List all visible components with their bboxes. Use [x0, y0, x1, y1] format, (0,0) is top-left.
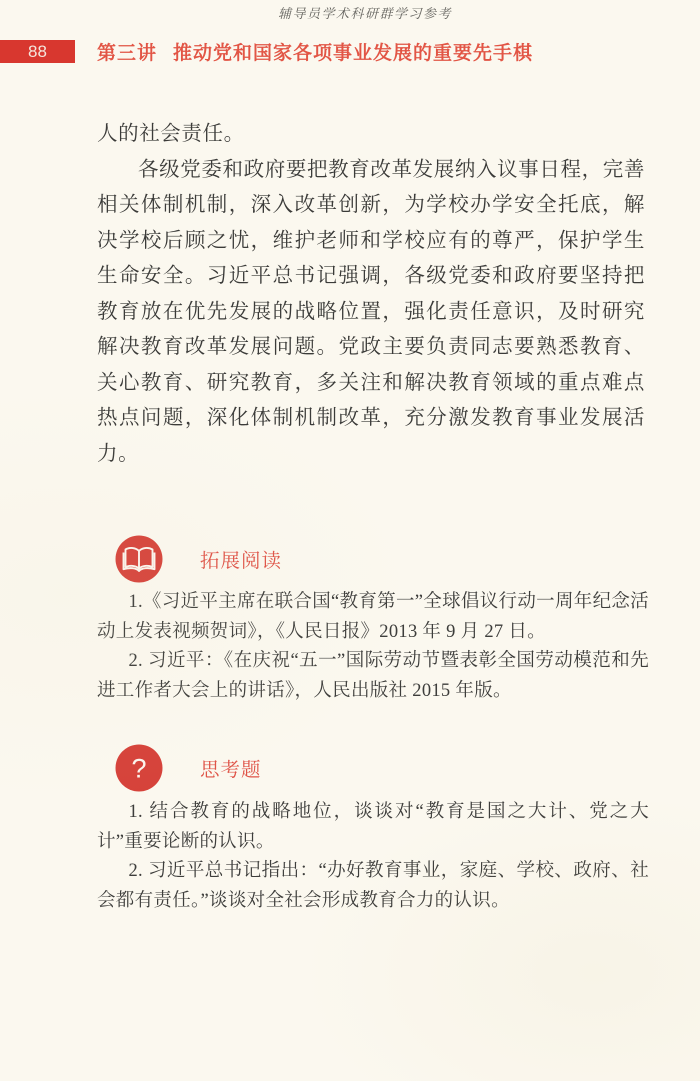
question-mark-icon: ? [115, 744, 163, 792]
question-item: 2. 习近平总书记指出：“办好教育事业，家庭、学校、政府、社会都有责任。”谈谈对… [97, 857, 649, 916]
chapter-title: 推动党和国家各项事业发展的重要先手棋 [173, 38, 533, 65]
extended-reading-label: 拓展阅读 [200, 545, 282, 573]
chapter-label: 第三讲 [97, 38, 157, 65]
paragraph-main: 各级党委和政府要把教育改革发展纳入议事日程，完善相关体制机制，深入改革创新，为学… [97, 153, 645, 473]
watermark-text: 辅导员学术科研群学习参考 [0, 3, 700, 22]
reading-item: 1.《习近平主席在联合国“教育第一”全球倡议行动一周年纪念活动上发表视频贺词》，… [97, 588, 649, 647]
page-number: 88 [28, 43, 47, 60]
paragraph-continuation: 人的社会责任。 [97, 117, 645, 153]
question-item: 1. 结合教育的战略地位，谈谈对“教育是国之大计、党之大计”重要论断的认识。 [97, 798, 649, 857]
extended-reading-list: 1.《习近平主席在联合国“教育第一”全球倡议行动一周年纪念活动上发表视频贺词》，… [97, 588, 649, 706]
page-number-badge: 88 [0, 40, 75, 63]
open-book-icon [115, 535, 163, 583]
questions-list: 1. 结合教育的战略地位，谈谈对“教育是国之大计、党之大计”重要论断的认识。 2… [97, 798, 649, 916]
questions-header: ? 思考题 [115, 744, 262, 792]
book-page: 辅导员学术科研群学习参考 88 第三讲 推动党和国家各项事业发展的重要先手棋 人… [0, 0, 700, 1081]
body-text-block: 人的社会责任。 各级党委和政府要把教育改革发展纳入议事日程，完善相关体制机制，深… [97, 117, 645, 472]
svg-text:?: ? [131, 754, 146, 784]
questions-label: 思考题 [200, 754, 262, 782]
extended-reading-header: 拓展阅读 [115, 535, 282, 583]
chapter-header: 第三讲 推动党和国家各项事业发展的重要先手棋 [97, 39, 533, 64]
reading-item: 2. 习近平：《在庆祝“五一”国际劳动节暨表彰全国劳动模范和先进工作者大会上的讲… [97, 647, 649, 706]
